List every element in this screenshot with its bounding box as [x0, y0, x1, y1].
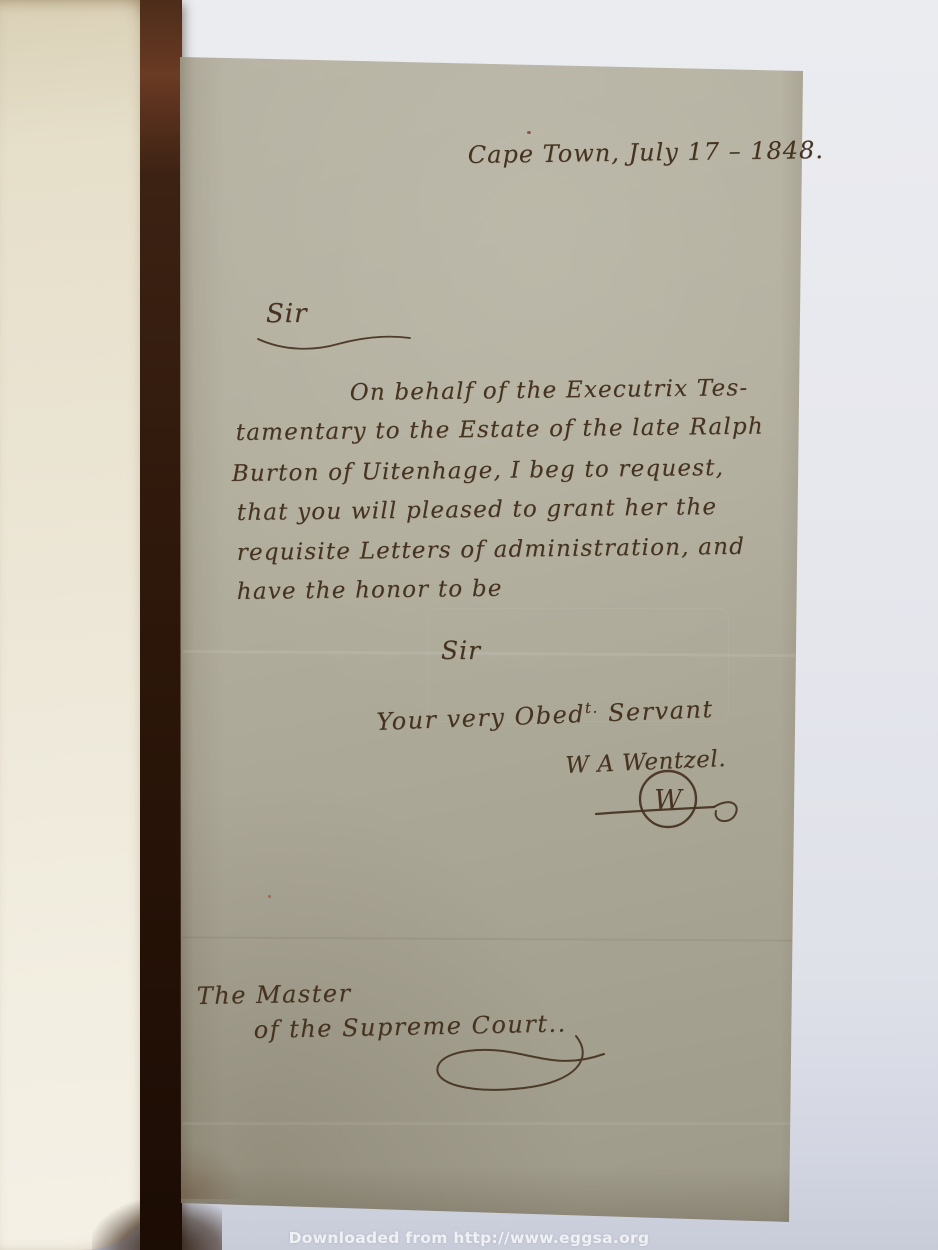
salutation-underline-flourish	[254, 331, 414, 355]
salutation: Sir	[266, 299, 308, 329]
book-gutter	[140, 0, 182, 1250]
body-line: On behalf of the Executrix Tes-	[350, 375, 749, 406]
ink-speck	[268, 895, 271, 898]
left-page-edge	[0, 0, 152, 1250]
book-photo: Cape Town, July 17 – 1848. Sir On behalf…	[0, 0, 938, 1250]
monogram-seal-icon: W	[594, 766, 746, 836]
dateline: Cape Town, July 17 – 1848.	[468, 136, 825, 169]
corner-stain	[175, 1143, 245, 1199]
addressee-line-1: The Master	[197, 979, 352, 1010]
paper-crease	[183, 936, 795, 941]
monogram-letter: W	[654, 785, 684, 816]
body-line: have the honor to be	[237, 576, 503, 605]
paper-crease	[183, 1122, 795, 1125]
closing-salutation: Sir	[441, 636, 481, 665]
eggsa-watermark: Downloaded from http://www.eggsa.org	[289, 1229, 650, 1247]
closing-superscript: t.	[585, 698, 599, 717]
addressee-flourish	[408, 1032, 608, 1100]
closing-post: Servant	[598, 695, 714, 727]
ink-speck	[527, 131, 531, 134]
